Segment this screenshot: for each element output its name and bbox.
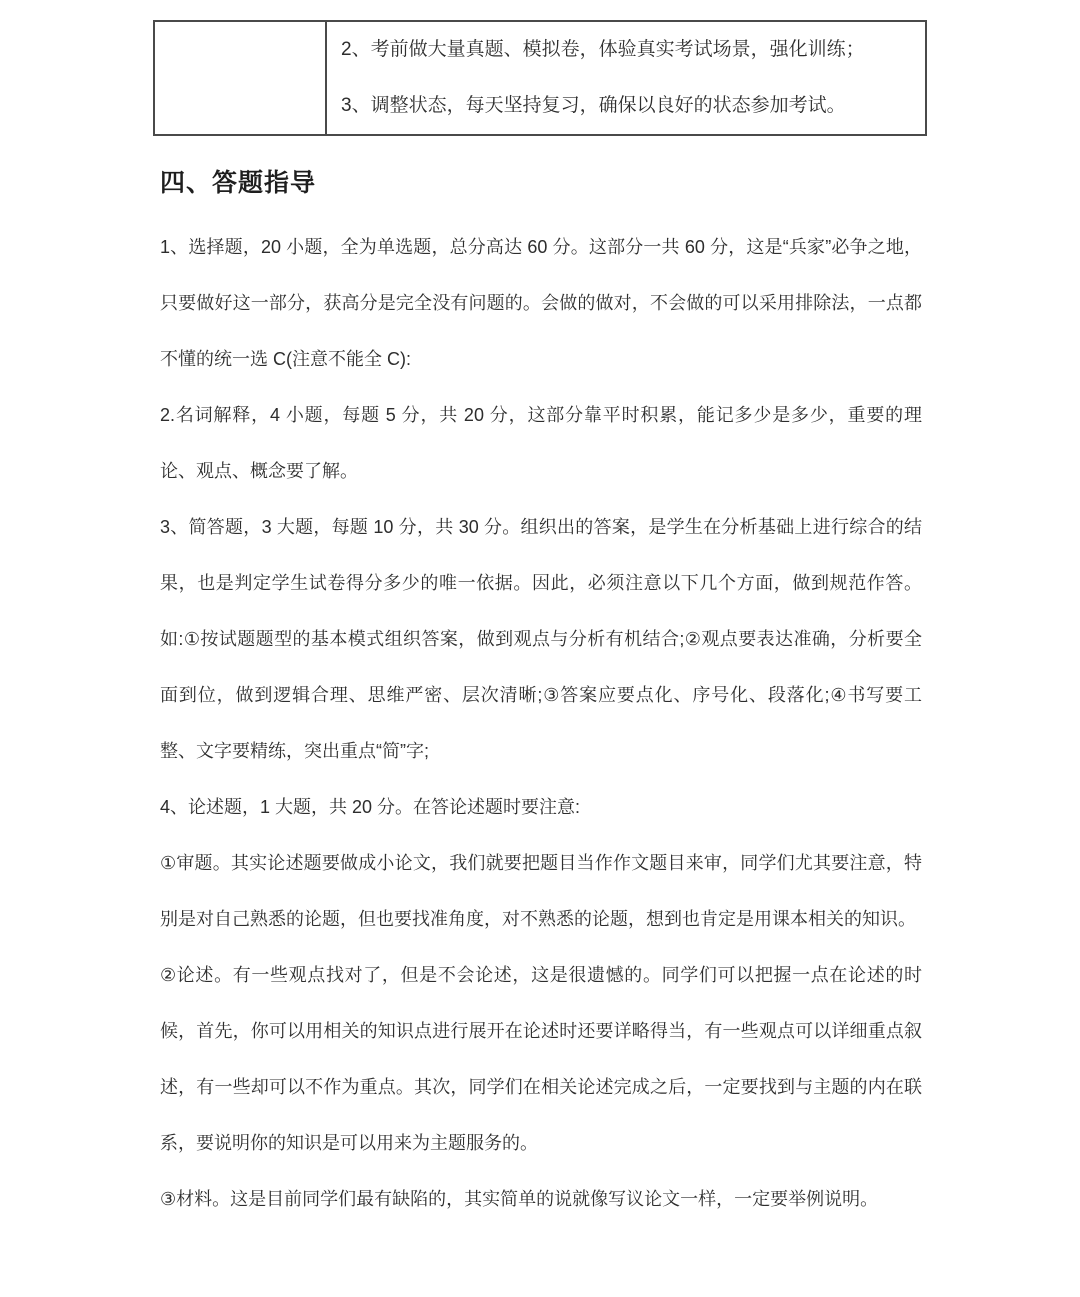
document-content: 四、答题指导 1、选择题，20 小题，全为单选题，总分高达 60 分。这部分一共… (160, 0, 922, 1227)
paragraph-short-answer: 3、简答题，3 大题，每题 10 分，共 30 分。组织出的答案，是学生在分析基… (160, 499, 922, 779)
paragraph-material: ③材料。这是目前同学们最有缺陷的，其实简单的说就像写议论文一样，一定要举例说明。 (160, 1171, 922, 1227)
paragraph-topic-review: ①审题。其实论述题要做成小论文，我们就要把题目当作作文题目来审，同学们尤其要注意… (160, 835, 922, 947)
document-page: 2、考前做大量真题、模拟卷，体验真实考试场景，强化训练； 3、调整状态，每天坚持… (0, 0, 1080, 1297)
paragraph-term-explanation: 2.名词解释，4 小题，每题 5 分，共 20 分，这部分靠平时积累，能记多少是… (160, 387, 922, 499)
body-text: 1、选择题，20 小题，全为单选题，总分高达 60 分。这部分一共 60 分，这… (160, 219, 922, 1227)
section-heading: 四、答题指导 (160, 166, 922, 200)
paragraph-discussion: ②论述。有一些观点找对了，但是不会论述，这是很遗憾的。同学们可以把握一点在论述的… (160, 947, 922, 1171)
paragraph-essay-questions: 4、论述题，1 大题，共 20 分。在答论述题时要注意: (160, 779, 922, 835)
paragraph-choice-questions: 1、选择题，20 小题，全为单选题，总分高达 60 分。这部分一共 60 分，这… (160, 219, 922, 387)
